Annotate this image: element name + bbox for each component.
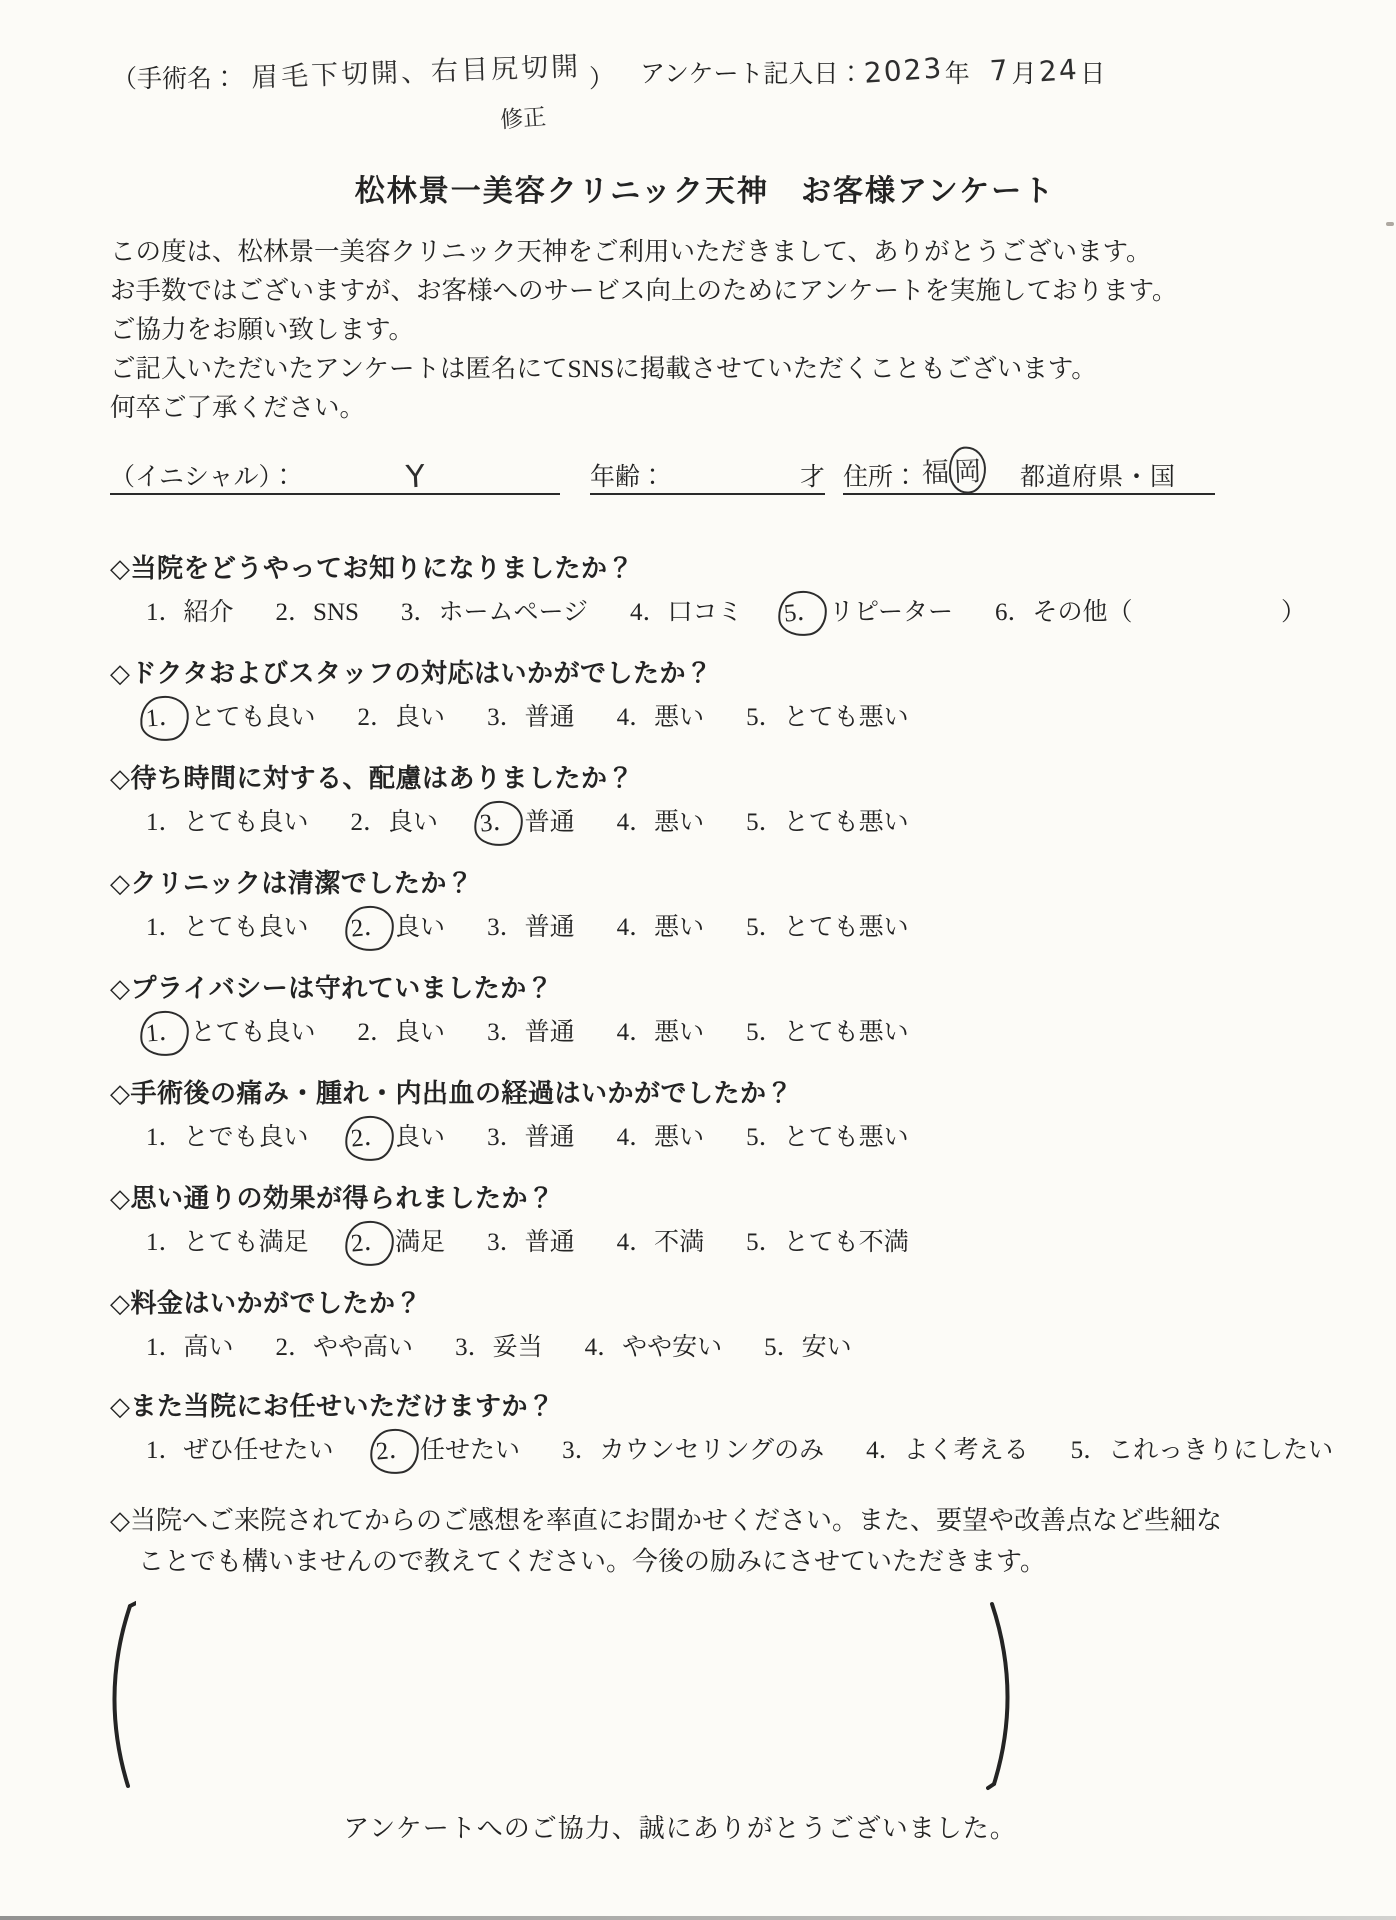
age-field: 年齢： 才 bbox=[590, 457, 825, 495]
answer-option: 4．やや安い bbox=[585, 1330, 723, 1365]
option-label: とても良い bbox=[191, 1019, 316, 1046]
question-options: 1．とても良い2．良い3．普通4．悪い5．とても悪い bbox=[110, 1015, 1300, 1052]
prefecture-country-label: 都道府県・国 bbox=[1020, 457, 1176, 493]
question-block: ◇待ち時間に対する、配慮はありましたか？ 1．とても良い2．良い3．普通4．悪い… bbox=[110, 761, 1300, 842]
scan-edge-artifact bbox=[0, 1916, 1396, 1920]
answer-option: 2．SNS bbox=[276, 595, 359, 630]
question-options: 1．とでも良い2．良い3．普通4．悪い5．とても悪い bbox=[110, 1120, 1300, 1157]
option-label: 高い bbox=[184, 1334, 234, 1361]
question-options: 1．高い2．やや高い3．妥当4．やや安い5．安い bbox=[110, 1330, 1300, 1365]
option-label: 良い bbox=[388, 809, 438, 836]
option-label: とでも良い bbox=[184, 1124, 309, 1151]
other-close-paren: ） bbox=[1281, 595, 1306, 630]
answer-option: 5．とても悪い bbox=[746, 700, 909, 735]
option-number: 4． bbox=[617, 805, 655, 840]
option-label: 普通 bbox=[525, 809, 575, 836]
option-number: 1． bbox=[146, 1120, 184, 1155]
intro-line: この度は、松林景一美容クリニック天神をご利用いただきまして、ありがとうございます… bbox=[110, 232, 1300, 271]
option-label: 良い bbox=[395, 1019, 445, 1046]
option-label: 良い bbox=[395, 914, 445, 941]
option-label: 悪い bbox=[654, 809, 704, 836]
option-label: リピーター bbox=[829, 599, 953, 626]
footer-thanks: アンケートへのご協力、誠にありがとうございました。 bbox=[110, 1808, 1250, 1845]
option-number-circled-handwritten: 5． bbox=[777, 589, 829, 638]
question-options: 1．とても良い2．良い3．普通4．悪い5．とても悪い bbox=[110, 910, 1300, 947]
initial-label: （イニシャル）： bbox=[110, 457, 296, 493]
option-number: 3． bbox=[562, 1433, 600, 1468]
question-heading: ◇また当院にお任せいただけますか？ bbox=[110, 1389, 1300, 1424]
option-number: 2． bbox=[351, 805, 389, 840]
comment-prompt-line1: ◇当院へご来院されてからのご感想を率直にお聞かせください。また、要望や改善点など… bbox=[110, 1500, 1300, 1541]
option-label: とても悪い bbox=[784, 1124, 909, 1151]
option-label: とても悪い bbox=[784, 809, 909, 836]
answer-option: 5．とても悪い bbox=[746, 1015, 909, 1050]
option-number: 4． bbox=[866, 1433, 904, 1468]
survey-date-field: アンケート記入日：2023年7月24日 bbox=[640, 54, 1107, 90]
answer-option: 4．悪い bbox=[617, 805, 705, 840]
answer-option: 3．普通 bbox=[487, 1120, 575, 1155]
answer-option: 1．紹介 bbox=[146, 595, 234, 630]
answer-option: 5．とても悪い bbox=[746, 805, 909, 840]
option-number-circled-handwritten: 3． bbox=[472, 799, 524, 848]
intro-line: ご協力をお願い致します。 bbox=[110, 310, 1300, 349]
year-unit-label: 年 bbox=[945, 61, 970, 88]
option-number: 3． bbox=[401, 595, 439, 630]
answer-option: 3．普通 bbox=[487, 700, 575, 735]
option-number: 3． bbox=[487, 910, 525, 945]
option-label: とても悪い bbox=[784, 704, 909, 731]
answer-option: 3．カウンセリングのみ bbox=[562, 1433, 824, 1468]
initial-handwritten: Y bbox=[405, 459, 426, 496]
option-label: 普通 bbox=[525, 1019, 575, 1046]
intro-line: お手数ではございますが、お客様へのサービス向上のためにアンケートを実施しておりま… bbox=[110, 271, 1300, 310]
answer-option: 1．ぜひ任せたい bbox=[146, 1433, 334, 1468]
option-label: とても悪い bbox=[784, 914, 909, 941]
answer-option: 2．良い bbox=[351, 910, 446, 947]
answer-option: 2．良い bbox=[358, 700, 446, 735]
option-number: 2． bbox=[276, 1330, 314, 1365]
question-options: 1．とても満足2．満足3．普通4．不満5．とても不満 bbox=[110, 1225, 1300, 1262]
answer-option: 4．悪い bbox=[617, 910, 705, 945]
option-number: 2． bbox=[276, 595, 314, 630]
answer-option: 3．普通 bbox=[480, 805, 575, 842]
option-number: 3． bbox=[455, 1330, 493, 1365]
question-heading: ◇プライバシーは守れていましたか？ bbox=[110, 971, 1300, 1006]
answer-option: 2．良い bbox=[358, 1015, 446, 1050]
meta-row: （手術名：眉毛下切開、右目尻切開） 修正 アンケート記入日：2023年7月24日 bbox=[110, 50, 1300, 122]
option-label: ホームページ bbox=[438, 599, 588, 626]
option-number-circled-handwritten: 2． bbox=[343, 1114, 395, 1163]
surgery-name-handwritten: 眉毛下切開、右目尻切開 bbox=[250, 44, 581, 94]
answer-option: 5．リピーター bbox=[784, 595, 953, 632]
option-label: 普通 bbox=[525, 704, 575, 731]
answer-option: 1．とても良い bbox=[146, 700, 316, 737]
respondent-fields-row: （イニシャル）： Y 年齢： 才 住所： 福岡 都道府県・国 bbox=[110, 447, 1300, 495]
intro-paragraph: この度は、松林景一美容クリニック天神をご利用いただきまして、ありがとうございます… bbox=[110, 232, 1300, 427]
answer-option: 3．妥当 bbox=[455, 1330, 543, 1365]
option-number: 6． bbox=[995, 595, 1033, 630]
month-unit-label: 月 bbox=[1012, 61, 1037, 88]
option-number: 3． bbox=[487, 1015, 525, 1050]
date-year-handwritten: 2023 bbox=[862, 51, 943, 89]
option-label: とても不満 bbox=[784, 1229, 909, 1256]
surgery-close-paren: ） bbox=[589, 66, 614, 93]
answer-option: 6．その他（ bbox=[995, 595, 1133, 630]
date-day-handwritten: 24 bbox=[1038, 53, 1080, 89]
option-number: 5． bbox=[746, 700, 784, 735]
option-number: 3． bbox=[487, 1120, 525, 1155]
question-options: 1．とても良い2．良い3．普通4．悪い5．とても悪い bbox=[110, 700, 1300, 737]
comment-prompt-line2: ことでも構いませんので教えてください。今後の励みにさせていただきます。 bbox=[110, 1541, 1300, 1582]
surgery-name-label: （手術名： bbox=[112, 66, 237, 93]
answer-option: 1．とでも良い bbox=[146, 1120, 309, 1155]
questions: ◇当院をどうやってお知りになりましたか？ 1．紹介2．SNS3．ホームページ4．… bbox=[110, 551, 1300, 1470]
option-label: とても良い bbox=[184, 914, 309, 941]
option-label: その他（ bbox=[1033, 599, 1133, 626]
date-month-handwritten: 7 bbox=[989, 53, 1011, 87]
option-number: 5． bbox=[746, 1225, 784, 1260]
question-heading: ◇待ち時間に対する、配慮はありましたか？ bbox=[110, 761, 1300, 796]
answer-option: 5．安い bbox=[764, 1330, 852, 1365]
option-number: 3． bbox=[487, 1225, 525, 1260]
question-heading: ◇思い通りの効果が得られましたか？ bbox=[110, 1181, 1300, 1216]
address-handwritten: 福岡 bbox=[921, 446, 987, 495]
answer-option: 3．普通 bbox=[487, 1015, 575, 1050]
question-heading: ◇料金はいかがでしたか？ bbox=[110, 1286, 1300, 1321]
option-label: やや安い bbox=[622, 1334, 722, 1361]
option-number: 5． bbox=[764, 1330, 802, 1365]
question-heading: ◇クリニックは清潔でしたか？ bbox=[110, 866, 1300, 901]
address-field: 住所： 福岡 都道府県・国 bbox=[843, 446, 1215, 495]
surgery-note-handwritten: 修正 bbox=[499, 98, 547, 134]
option-number: 2． bbox=[358, 1015, 396, 1050]
answer-option: 2．満足 bbox=[351, 1225, 446, 1262]
option-number: 5． bbox=[746, 910, 784, 945]
form-title: 松林景一美容クリニック天神 お客様アンケート bbox=[110, 166, 1300, 210]
option-number: 1． bbox=[146, 805, 184, 840]
day-unit-label: 日 bbox=[1080, 61, 1105, 88]
answer-option: 1．とても良い bbox=[146, 1015, 316, 1052]
address-char-fuku: 福 bbox=[922, 457, 950, 489]
option-label: これっきりにしたい bbox=[1108, 1437, 1333, 1464]
question-heading: ◇ドクタおよびスタッフの対応はいかがでしたか？ bbox=[110, 656, 1300, 691]
option-label: とても良い bbox=[191, 704, 316, 731]
option-label: 普通 bbox=[525, 1124, 575, 1151]
question-block: ◇ドクタおよびスタッフの対応はいかがでしたか？ 1．とても良い2．良い3．普通4… bbox=[110, 656, 1300, 737]
option-label: 口コミ bbox=[667, 599, 742, 626]
answer-option: 2．良い bbox=[351, 805, 439, 840]
option-number-circled-handwritten: 2． bbox=[343, 904, 395, 953]
answer-option: 4．不満 bbox=[617, 1225, 705, 1260]
survey-form-page: （手術名：眉毛下切開、右目尻切開） 修正 アンケート記入日：2023年7月24日… bbox=[0, 0, 1396, 1845]
initial-field: （イニシャル）： Y bbox=[110, 457, 560, 495]
question-block: ◇思い通りの効果が得られましたか？ 1．とても満足2．満足3．普通4．不満5．と… bbox=[110, 1181, 1300, 1262]
answer-option: 4．よく考える bbox=[866, 1433, 1029, 1468]
left-bracket bbox=[96, 1600, 136, 1792]
answer-option: 5．これっきりにしたい bbox=[1071, 1433, 1334, 1468]
intro-line: ご記入いただいたアンケートは匿名にてSNSに掲載させていただくこともございます。 bbox=[110, 349, 1300, 388]
question-block: ◇プライバシーは守れていましたか？ 1．とても良い2．良い3．普通4．悪い5．と… bbox=[110, 971, 1300, 1052]
option-number-circled-handwritten: 1． bbox=[138, 1009, 190, 1058]
question-block: ◇クリニックは清潔でしたか？ 1．とても良い2．良い3．普通4．悪い5．とても悪… bbox=[110, 866, 1300, 947]
answer-option: 5．とても不満 bbox=[746, 1225, 909, 1260]
option-number: 5． bbox=[746, 1015, 784, 1050]
right-bracket bbox=[986, 1600, 1026, 1792]
question-block: ◇当院をどうやってお知りになりましたか？ 1．紹介2．SNS3．ホームページ4．… bbox=[110, 551, 1300, 632]
answer-option: 3．ホームページ bbox=[401, 595, 588, 630]
answer-option: 5．とても悪い bbox=[746, 1120, 909, 1155]
option-number: 1． bbox=[146, 910, 184, 945]
question-options: 1．紹介2．SNS3．ホームページ4．口コミ5．リピーター6．その他（） bbox=[110, 595, 1306, 632]
age-unit-label: 才 bbox=[800, 457, 825, 493]
option-label: 普通 bbox=[525, 914, 575, 941]
option-number: 4． bbox=[617, 1015, 655, 1050]
answer-option: 4．悪い bbox=[617, 1015, 705, 1050]
age-label: 年齢： bbox=[590, 457, 665, 493]
option-label: よく考える bbox=[904, 1437, 1029, 1464]
option-label: 良い bbox=[395, 1124, 445, 1151]
option-number: 5． bbox=[746, 1120, 784, 1155]
option-number: 4． bbox=[617, 700, 655, 735]
intro-line: 何卒ご了承ください。 bbox=[110, 388, 1300, 427]
answer-option: 4．悪い bbox=[617, 1120, 705, 1155]
option-number-circled-handwritten: 2． bbox=[368, 1427, 420, 1476]
survey-date-label: アンケート記入日： bbox=[640, 61, 864, 88]
option-label: 妥当 bbox=[493, 1334, 543, 1361]
question-block: ◇手術後の痛み・腫れ・内出血の経過はいかがでしたか？ 1．とでも良い2．良い3．… bbox=[110, 1076, 1300, 1157]
question-block: ◇料金はいかがでしたか？ 1．高い2．やや高い3．妥当4．やや安い5．安い bbox=[110, 1286, 1300, 1365]
option-label: 悪い bbox=[654, 1019, 704, 1046]
option-label: ぜひ任せたい bbox=[184, 1437, 334, 1464]
option-number: 4． bbox=[617, 910, 655, 945]
option-number: 5． bbox=[746, 805, 784, 840]
option-number: 4． bbox=[585, 1330, 623, 1365]
option-label: 安い bbox=[802, 1334, 852, 1361]
question-options: 1．ぜひ任せたい2．任せたい3．カウンセリングのみ4．よく考える5．これっきりに… bbox=[110, 1433, 1300, 1470]
option-label: やや高い bbox=[313, 1334, 413, 1361]
option-label: 任せたい bbox=[420, 1437, 520, 1464]
option-label: とても悪い bbox=[784, 1019, 909, 1046]
question-options: 1．とても良い2．良い3．普通4．悪い5．とても悪い bbox=[110, 805, 1300, 842]
scan-speck bbox=[1386, 222, 1394, 226]
answer-option: 1．とても良い bbox=[146, 910, 309, 945]
option-number: 4． bbox=[617, 1225, 655, 1260]
answer-option: 4．悪い bbox=[617, 700, 705, 735]
answer-option: 1．とても満足 bbox=[146, 1225, 309, 1260]
option-number: 1． bbox=[146, 595, 184, 630]
option-label: 良い bbox=[395, 704, 445, 731]
answer-option: 3．普通 bbox=[487, 1225, 575, 1260]
option-label: 満足 bbox=[395, 1229, 445, 1256]
option-number: 5． bbox=[1071, 1433, 1109, 1468]
comment-answer-area bbox=[96, 1600, 1026, 1792]
option-number-circled-handwritten: 2． bbox=[343, 1219, 395, 1268]
option-number: 1． bbox=[146, 1225, 184, 1260]
answer-option: 3．普通 bbox=[487, 910, 575, 945]
option-label: 紹介 bbox=[184, 599, 234, 626]
answer-option: 1．高い bbox=[146, 1330, 234, 1365]
option-label: 普通 bbox=[525, 1229, 575, 1256]
option-label: SNS bbox=[313, 599, 359, 626]
question-block: ◇また当院にお任せいただけますか？ 1．ぜひ任せたい2．任せたい3．カウンセリン… bbox=[110, 1389, 1300, 1470]
option-label: 悪い bbox=[654, 1124, 704, 1151]
surgery-name-field: （手術名：眉毛下切開、右目尻切開） 修正 bbox=[112, 56, 614, 95]
answer-option: 2．良い bbox=[351, 1120, 446, 1157]
option-label: カウンセリングのみ bbox=[600, 1437, 825, 1464]
answer-option: 4．口コミ bbox=[630, 595, 743, 630]
comment-prompt: ◇当院へご来院されてからのご感想を率直にお聞かせください。また、要望や改善点など… bbox=[110, 1500, 1300, 1582]
option-number: 2． bbox=[358, 700, 396, 735]
option-label: 不満 bbox=[654, 1229, 704, 1256]
option-label: とても満足 bbox=[184, 1229, 309, 1256]
option-number: 1． bbox=[146, 1433, 184, 1468]
question-heading: ◇当院をどうやってお知りになりましたか？ bbox=[110, 551, 1300, 586]
answer-option: 5．とても悪い bbox=[746, 910, 909, 945]
option-label: 悪い bbox=[654, 914, 704, 941]
option-number: 3． bbox=[487, 700, 525, 735]
option-number: 4． bbox=[617, 1120, 655, 1155]
option-number: 4． bbox=[630, 595, 668, 630]
question-heading: ◇手術後の痛み・腫れ・内出血の経過はいかがでしたか？ bbox=[110, 1076, 1300, 1111]
answer-option: 2．任せたい bbox=[376, 1433, 521, 1470]
option-label: とても良い bbox=[184, 809, 309, 836]
address-label: 住所： bbox=[843, 457, 918, 493]
option-number: 1． bbox=[146, 1330, 184, 1365]
address-char-oka-circled: 岡 bbox=[948, 446, 987, 494]
answer-option: 1．とても良い bbox=[146, 805, 309, 840]
answer-option: 2．やや高い bbox=[276, 1330, 414, 1365]
option-label: 悪い bbox=[654, 704, 704, 731]
option-number-circled-handwritten: 1． bbox=[138, 694, 190, 743]
